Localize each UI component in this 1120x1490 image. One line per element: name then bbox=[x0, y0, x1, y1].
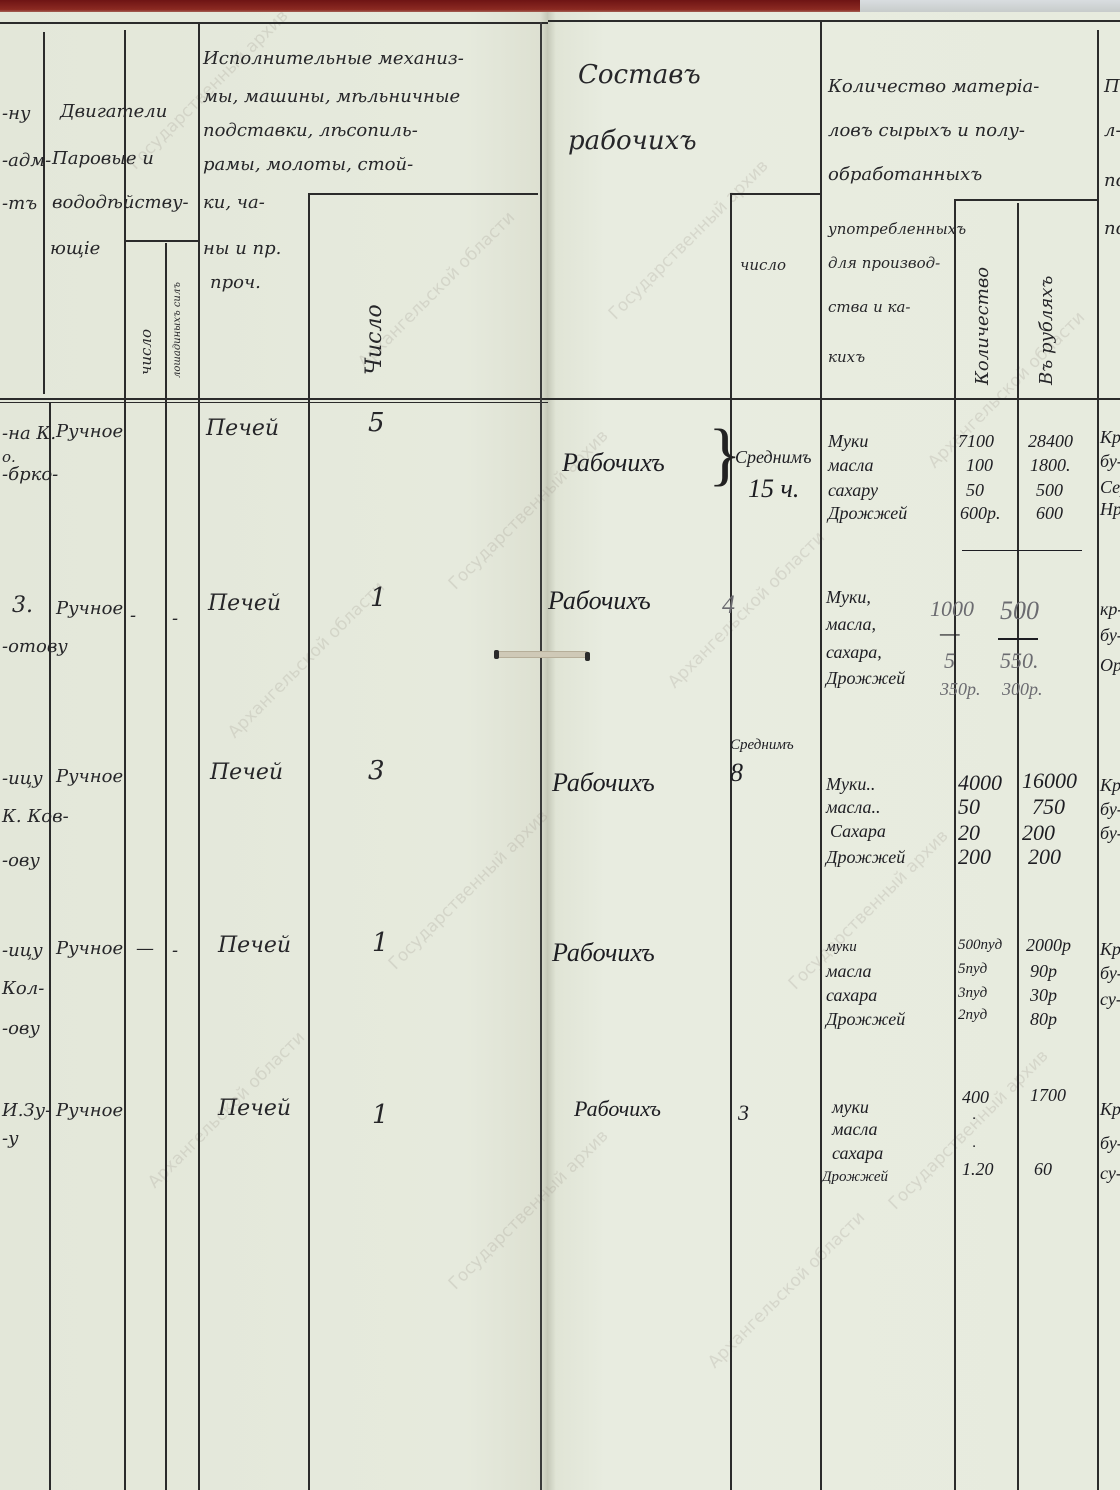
mechanism-type: Печей bbox=[208, 593, 281, 615]
next-col-fragment: Кр- bbox=[1100, 1100, 1120, 1118]
owner-fragment: -брко- bbox=[2, 466, 58, 484]
material-name: муки bbox=[832, 1098, 869, 1116]
material-rubles: 750 bbox=[1032, 796, 1065, 818]
next-col-fragment: Сер- bbox=[1100, 478, 1120, 496]
workers-label: Рабочихъ bbox=[562, 450, 665, 476]
mechanism-number: 5 bbox=[368, 410, 385, 436]
owner-fragment: о. bbox=[2, 450, 16, 465]
material-name: Дрожжей bbox=[826, 848, 905, 866]
material-rubles: 200 bbox=[1022, 822, 1055, 844]
owner-fragment: -ицу bbox=[2, 770, 43, 788]
workers-label: Рабочихъ bbox=[552, 770, 655, 796]
material-name: сахара bbox=[826, 986, 877, 1004]
material-quantity: 1.20 bbox=[962, 1160, 994, 1178]
material-rubles: 1800. bbox=[1030, 456, 1071, 474]
next-col-fragment: бу- bbox=[1100, 1134, 1120, 1152]
mechanism-type: Печей bbox=[210, 762, 283, 784]
rule-materials-sub bbox=[954, 199, 1099, 201]
mechanism-type: Печей bbox=[206, 418, 279, 440]
header-owner-fragment: -адм- bbox=[2, 152, 51, 170]
material-quantity: 3пуд bbox=[958, 986, 987, 1001]
owner-fragment: Кол- bbox=[2, 980, 44, 998]
header-materials-used: кихъ bbox=[828, 350, 865, 365]
engine-hp: - bbox=[172, 610, 178, 628]
material-quantity: · bbox=[972, 1112, 976, 1127]
material-rubles: 600 bbox=[1036, 504, 1063, 522]
rule-header-bottom-right bbox=[548, 398, 1120, 400]
header-materials-used: для производ- bbox=[828, 256, 940, 271]
material-quantity: 4000 bbox=[958, 772, 1002, 794]
header-owner-fragment: -ну bbox=[2, 105, 30, 123]
header-mechanisms-title: рамы, молоты, стой- bbox=[203, 156, 413, 174]
workers-label: Рабочихъ bbox=[574, 1098, 661, 1120]
mechanism-number: 1 bbox=[372, 930, 389, 956]
header-mechanisms-title: подставки, лѣсопиль- bbox=[203, 122, 418, 140]
engine-type: Ручное bbox=[56, 940, 123, 958]
mechanism-type: Печей bbox=[218, 1098, 291, 1120]
next-col-fragment: Кр- bbox=[1100, 776, 1120, 794]
next-col-fragment: Нр- bbox=[1100, 500, 1120, 518]
engine-number: — bbox=[136, 940, 154, 958]
material-rubles: 28400 bbox=[1028, 432, 1073, 450]
header-workers-number: число bbox=[740, 258, 786, 273]
col-divider bbox=[730, 195, 732, 1490]
material-name: сахара bbox=[832, 1144, 883, 1162]
material-quantity: · bbox=[972, 1140, 976, 1155]
header-materials-used: ства и ка- bbox=[828, 300, 910, 315]
material-rubles: 200 bbox=[1028, 846, 1061, 868]
owner-fragment: -ову bbox=[2, 852, 40, 870]
col-divider bbox=[820, 22, 822, 1490]
owner-fragment: -ицу bbox=[2, 942, 43, 960]
material-quantity: 400 bbox=[962, 1088, 989, 1106]
material-rubles: 1700 bbox=[1030, 1086, 1066, 1104]
engine-hp: - bbox=[172, 942, 178, 960]
engine-type: Ручное bbox=[56, 768, 123, 786]
header-engines-title: вододѣйству- bbox=[52, 194, 189, 212]
material-rubles: 90р bbox=[1030, 962, 1057, 980]
page-gutter bbox=[540, 12, 556, 1490]
header-materials-title: обработанныхъ bbox=[828, 166, 982, 184]
header-materials-title: Количество матеріа- bbox=[828, 78, 1039, 96]
material-quantity: 600р. bbox=[960, 504, 1001, 522]
rule-engines-sub bbox=[124, 240, 198, 242]
header-engines-hp: лошадиныхъ силъ bbox=[172, 282, 183, 378]
sum-underline bbox=[962, 550, 1082, 551]
header-engines-title: Паровые и bbox=[52, 150, 154, 168]
col-divider bbox=[49, 402, 51, 1490]
header-mechanisms-title: ны и пр. bbox=[203, 240, 281, 258]
material-quantity: 500пуд bbox=[958, 938, 1002, 953]
engine-type: Ручное bbox=[56, 600, 123, 618]
col-divider bbox=[124, 30, 126, 1490]
owner-fragment: -отову bbox=[2, 638, 68, 656]
header-next-fragment: по- bbox=[1104, 172, 1120, 190]
header-materials-quantity: Количество bbox=[972, 267, 993, 385]
header-engines-title: Двигатели bbox=[60, 103, 167, 121]
header-mechanisms-title: мы, машины, мѣльничные bbox=[203, 88, 460, 106]
header-workers-title: рабочихъ bbox=[568, 128, 697, 154]
material-rubles: 550. bbox=[1000, 650, 1039, 672]
mechanism-number: 1 bbox=[372, 1102, 389, 1128]
header-engines-number: число bbox=[137, 329, 155, 375]
material-name: Дрожжей bbox=[826, 1010, 905, 1028]
header-materials-rubles: Въ рубляхъ bbox=[1036, 276, 1057, 385]
material-quantity: 5пуд bbox=[958, 962, 987, 977]
material-name: Дрожжей bbox=[828, 504, 907, 522]
material-rubles: 500 bbox=[1000, 598, 1039, 624]
rule-header-bottom-left bbox=[0, 398, 548, 400]
workers-number: Среднимъ bbox=[730, 738, 794, 753]
rule-top-left bbox=[0, 22, 548, 24]
next-col-fragment: Кр- bbox=[1100, 428, 1120, 446]
next-col-fragment: бу- bbox=[1100, 452, 1120, 470]
material-quantity: 5 bbox=[944, 650, 955, 672]
material-quantity: — bbox=[940, 622, 960, 644]
material-name: сахару bbox=[828, 481, 878, 499]
material-quantity: 100 bbox=[966, 456, 993, 474]
material-quantity: 1000 bbox=[930, 598, 974, 620]
left-page bbox=[0, 12, 548, 1490]
material-quantity: 2пуд bbox=[958, 1008, 987, 1023]
header-next-fragment: П- bbox=[1104, 78, 1120, 96]
binding-hole bbox=[494, 650, 499, 659]
material-name: муки bbox=[826, 940, 857, 955]
material-quantity: 350р. bbox=[940, 680, 981, 698]
col-divider bbox=[1017, 203, 1019, 1490]
header-mechanisms-number: Число bbox=[362, 304, 387, 375]
owner-fragment: И.Зу- bbox=[2, 1102, 51, 1120]
rule-mech-sub bbox=[308, 193, 538, 195]
owner-fragment: -ову bbox=[2, 1020, 40, 1038]
header-mechanisms-title: Исполнительные механиз- bbox=[203, 50, 464, 68]
rule-top-right bbox=[548, 20, 1120, 22]
material-rubles: 16000 bbox=[1022, 770, 1077, 792]
owner-fragment: -на К. bbox=[2, 425, 56, 443]
workers-number: 15 ч. bbox=[748, 476, 799, 502]
col-divider bbox=[165, 243, 167, 1490]
next-col-fragment: бу- bbox=[1100, 800, 1120, 818]
header-workers-title: Составъ bbox=[578, 62, 701, 88]
col-divider bbox=[308, 194, 310, 1490]
material-rubles: 80р bbox=[1030, 1010, 1057, 1028]
mechanism-number: 3 bbox=[368, 758, 385, 784]
workers-label: Рабочихъ bbox=[552, 940, 655, 966]
material-quantity: 7100 bbox=[958, 432, 994, 450]
material-rubles: 500 bbox=[1036, 481, 1063, 499]
owner-fragment: 3. bbox=[12, 595, 33, 617]
material-name: масла bbox=[826, 962, 872, 980]
binding-hole bbox=[585, 652, 590, 661]
workers-number: 3 bbox=[738, 1102, 749, 1124]
header-mechanisms-title: проч. bbox=[210, 274, 261, 292]
material-rubles: 300р. bbox=[1002, 680, 1043, 698]
next-col-fragment: бу- bbox=[1100, 964, 1120, 982]
col-divider bbox=[198, 22, 200, 1490]
header-mechanisms-title: ки, ча- bbox=[203, 194, 265, 212]
next-col-fragment: бу- bbox=[1100, 824, 1120, 842]
header-materials-title: ловъ сырыхъ и полу- bbox=[828, 122, 1025, 140]
material-name: Сахара bbox=[830, 822, 886, 840]
engine-type: Ручное bbox=[56, 1102, 123, 1120]
material-quantity: 20 bbox=[958, 822, 980, 844]
engine-type: Ручное bbox=[56, 423, 123, 441]
col-divider bbox=[954, 200, 956, 1490]
mechanism-number: 1 bbox=[370, 585, 387, 611]
material-name: Дрожжей bbox=[826, 669, 905, 687]
material-name: Муки.. bbox=[826, 775, 875, 793]
col-divider bbox=[43, 32, 45, 394]
material-quantity: 200 bbox=[958, 846, 991, 868]
next-col-fragment: Кр- bbox=[1100, 940, 1120, 958]
mechanism-type: Печей bbox=[218, 935, 291, 957]
next-col-fragment: су- bbox=[1100, 1164, 1120, 1182]
owner-fragment: -у bbox=[2, 1130, 19, 1148]
material-quantity: 50 bbox=[966, 481, 984, 499]
header-next-fragment: по bbox=[1104, 220, 1120, 238]
material-rubles: 2000р bbox=[1026, 936, 1071, 954]
workers-number: 4 bbox=[722, 592, 735, 618]
rule-header-double bbox=[0, 402, 548, 403]
material-quantity: 50 bbox=[958, 796, 980, 818]
next-col-fragment: су- bbox=[1100, 990, 1120, 1008]
material-rubles: 30р bbox=[1030, 986, 1057, 1004]
next-col-fragment: бу- bbox=[1100, 626, 1120, 644]
header-owner-fragment: -тъ bbox=[2, 195, 37, 213]
col-divider bbox=[1097, 30, 1099, 1490]
sum-underline bbox=[998, 638, 1038, 640]
next-col-fragment: кр- bbox=[1100, 600, 1120, 618]
header-engines-title: ющіе bbox=[50, 240, 100, 258]
header-materials-used: употребленныхъ bbox=[828, 222, 966, 237]
binding-thread bbox=[495, 651, 589, 658]
material-rubles: 60 bbox=[1034, 1160, 1052, 1178]
workers-number: Среднимъ bbox=[735, 448, 811, 466]
workers-number: 8 bbox=[730, 760, 743, 786]
material-name: Муки, bbox=[826, 588, 871, 606]
rule-workers-sub bbox=[730, 193, 820, 195]
engine-number: - bbox=[130, 607, 136, 625]
col-divider-fold bbox=[540, 22, 542, 1490]
material-name: Муки bbox=[828, 432, 868, 450]
material-name: масла.. bbox=[826, 798, 881, 816]
header-next-fragment: л- bbox=[1104, 122, 1120, 140]
material-name: масла, bbox=[826, 615, 876, 633]
workers-label: Рабочихъ bbox=[548, 588, 651, 614]
material-name: масла bbox=[832, 1120, 878, 1138]
owner-fragment: К. Ков- bbox=[2, 808, 69, 826]
next-col-fragment: Ор- bbox=[1100, 656, 1120, 674]
material-name: Дрожжей bbox=[822, 1170, 888, 1185]
material-name: сахара, bbox=[826, 643, 882, 661]
material-name: масла bbox=[828, 456, 874, 474]
